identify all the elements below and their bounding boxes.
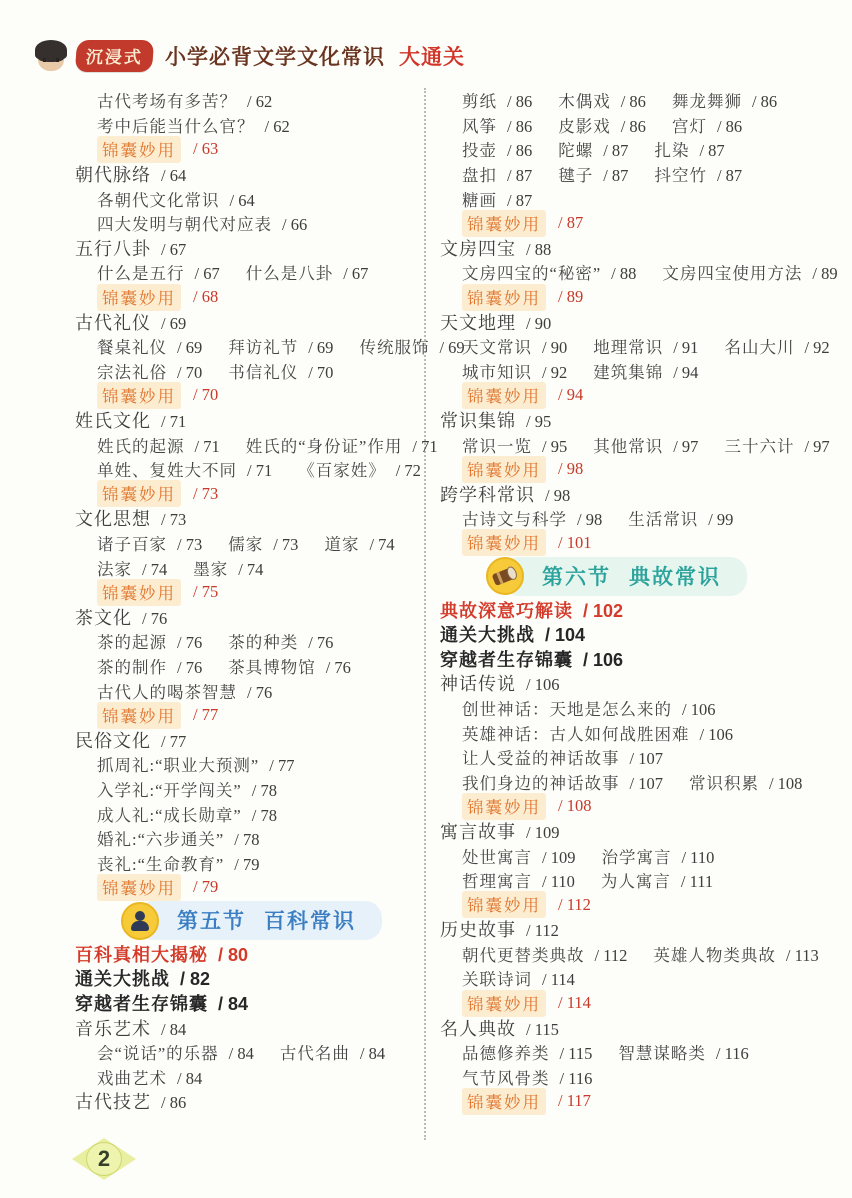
toc-entry-pair: 单姓、复姓大不同/ 71 (97, 457, 272, 481)
toc-entry: 姓氏文化/ 71 (75, 408, 420, 433)
entry-page-number: / 70 (177, 363, 202, 383)
toc-entry-pair: 各朝代文化常识/ 64 (97, 187, 255, 211)
entry-title: 婚礼:“六步通关” (97, 826, 224, 850)
entry-page-number: / 84 (177, 1069, 202, 1089)
toc-tip-entry: 锦囊妙用/ 98 (440, 457, 820, 482)
toc-right-column: 剪纸/ 86木偶戏/ 86舞龙舞狮/ 86风筝/ 86皮影戏/ 86宫灯/ 86… (440, 88, 820, 1114)
toc-entry-pair: 糖画/ 87 (462, 187, 532, 211)
toc-entry-pair: 三十六计/ 97 (724, 433, 829, 457)
toc-entry-pair: 英雄神话：古人如何战胜困难/ 106 (462, 721, 733, 745)
entry-page-number: / 62 (265, 117, 290, 137)
tip-label: 锦囊妙用 (97, 480, 181, 507)
toc-entry-pair: 戏曲艺术/ 84 (97, 1065, 202, 1089)
entry-page-number: / 107 (630, 749, 663, 769)
entry-page-number: / 76 (177, 658, 202, 678)
toc-entry: 茶文化/ 76 (75, 604, 420, 629)
toc-entry-pair: 抖空竹/ 87 (654, 162, 742, 186)
entry-title: 常识一览 (462, 433, 532, 457)
toc-entry-pair: 哲理寓言/ 110 (462, 868, 575, 892)
entry-title: 成人礼:“成长勋章” (97, 802, 242, 826)
entry-page-number: / 73 (177, 535, 202, 555)
entry-page-number: / 86 (621, 92, 646, 112)
toc-entry-pair: 皮影戏/ 86 (558, 113, 646, 137)
entry-title: 戏曲艺术 (97, 1065, 167, 1089)
entry-page-number: / 115 (526, 1020, 559, 1040)
entry-page-number: / 86 (161, 1093, 186, 1113)
entry-title: 让人受益的神话故事 (462, 745, 620, 769)
toc-entry-pair: 穿越者生存锦囊/ 84 (75, 990, 248, 1016)
tip-label: 锦囊妙用 (97, 874, 181, 901)
tip-page-number: / 117 (558, 1091, 591, 1111)
toc-tip-entry: 锦囊妙用/ 114 (440, 991, 820, 1016)
entry-title: 通关大挑战 (75, 965, 170, 991)
toc-tip-entry: 锦囊妙用/ 79 (75, 875, 420, 900)
page-number-badge: 2 (72, 1138, 136, 1180)
entry-page-number: / 87 (603, 141, 628, 161)
toc-entry: 文房四宝/ 88 (440, 236, 820, 261)
entry-page-number: / 70 (308, 363, 333, 383)
entry-title: 餐桌礼仪 (97, 334, 167, 358)
entry-title: 古代名曲 (280, 1040, 350, 1064)
entry-page-number: / 98 (577, 510, 602, 530)
toc-entry: 抓周礼:“职业大预测”/ 77 (75, 752, 420, 777)
entry-page-number: / 86 (752, 92, 777, 112)
toc-entry: 民俗文化/ 77 (75, 727, 420, 752)
entry-title: 英雄神话：古人如何战胜困难 (462, 721, 690, 745)
tip-label: 锦囊妙用 (462, 284, 546, 311)
entry-title: 四大发明与朝代对应表 (97, 211, 272, 235)
entry-page-number: / 112 (526, 921, 559, 941)
entry-page-number: / 86 (621, 117, 646, 137)
toc-entry-pair: 抓周礼:“职业大预测”/ 77 (97, 752, 294, 776)
toc-entry-pair: 历史故事/ 112 (440, 916, 559, 942)
entry-title: 朝代更替类典故 (462, 942, 585, 966)
entry-page-number: / 106 (682, 700, 715, 720)
toc-entry-pair: 建筑集锦/ 94 (593, 359, 698, 383)
entry-title: 丧礼:“生命教育” (97, 851, 224, 875)
entry-title: 考中后能当什么官？ (97, 113, 255, 137)
toc-entry: 古代礼仪/ 69 (75, 309, 420, 334)
tip-label: 锦囊妙用 (97, 382, 181, 409)
entry-title: 《百家姓》 (298, 457, 386, 481)
entry-page-number: / 71 (412, 437, 437, 457)
toc-entry: 什么是五行/ 67什么是八卦/ 67 (75, 260, 420, 285)
toc-entry: 音乐艺术/ 84 (75, 1015, 420, 1040)
entry-page-number: / 86 (717, 117, 742, 137)
toc-entry: 城市知识/ 92建筑集锦/ 94 (440, 359, 820, 384)
toc-entry-pair: 音乐艺术/ 84 (75, 1015, 186, 1041)
entry-page-number: / 73 (273, 535, 298, 555)
toc-entry: 丧礼:“生命教育”/ 79 (75, 850, 420, 875)
entry-title: 文房四宝 (440, 235, 516, 261)
toc-tip-entry: 锦囊妙用/ 112 (440, 892, 820, 917)
entry-page-number: / 84 (218, 994, 248, 1015)
toc-entry: 天文地理/ 90 (440, 309, 820, 334)
entry-title: 百科真相大揭秘 (75, 941, 208, 967)
entry-page-number: / 88 (526, 240, 551, 260)
entry-title: 单姓、复姓大不同 (97, 457, 237, 481)
toc-entry-pair: 姓氏的“身份证”作用/ 71 (246, 433, 438, 457)
toc-entry-pair: 茶的起源/ 76 (97, 629, 202, 653)
entry-page-number: / 87 (699, 141, 724, 161)
entry-title: 生活常识 (628, 506, 698, 530)
tip-label: 锦囊妙用 (97, 579, 181, 606)
toc-entry-pair: 古代考场有多苦？/ 62 (97, 88, 272, 112)
tip-label: 锦囊妙用 (462, 456, 546, 483)
toc-entry-pair: 治学寓言/ 110 (601, 844, 714, 868)
toc-entry: 常识集锦/ 95 (440, 408, 820, 433)
tip-page-number: / 108 (558, 796, 591, 816)
toc-entry: 我们身边的神话故事/ 107常识积累/ 108 (440, 769, 820, 794)
toc-entry-pair: 儒家/ 73 (228, 531, 298, 555)
entry-page-number: / 77 (161, 732, 186, 752)
entry-title: 抖空竹 (654, 162, 707, 186)
toc-tip-entry: 锦囊妙用/ 70 (75, 383, 420, 408)
toc-left-column: 古代考场有多苦？/ 62考中后能当什么官？/ 62锦囊妙用/ 63朝代脉络/ 6… (75, 88, 420, 1114)
entry-title: 品德修养类 (462, 1040, 550, 1064)
tip-page-number: / 112 (558, 895, 591, 915)
toc-tip-entry: 锦囊妙用/ 77 (75, 703, 420, 728)
entry-page-number: / 91 (673, 338, 698, 358)
toc-entry: 戏曲艺术/ 84 (75, 1065, 420, 1090)
toc-entry: 五行八卦/ 67 (75, 236, 420, 261)
entry-page-number: / 78 (252, 781, 277, 801)
toc-entry: 创世神话：天地是怎么来的/ 106 (440, 696, 820, 721)
toc-entry-pair: 英雄人物类典故/ 113 (653, 942, 818, 966)
tip-page-number: / 114 (558, 993, 591, 1013)
toc-entry: 百科真相大揭秘/ 80 (75, 942, 420, 967)
toc-entry-pair: 风筝/ 86 (462, 113, 532, 137)
toc-entry: 文房四宝的“秘密”/ 88文房四宝使用方法/ 89 (440, 260, 820, 285)
entry-page-number: / 76 (308, 633, 333, 653)
entry-title: 法家 (97, 556, 132, 580)
toc-entry-pair: 常识一览/ 95 (462, 433, 567, 457)
entry-title: 古代人的喝茶智慧 (97, 679, 237, 703)
toc-entry-pair: 民俗文化/ 77 (75, 727, 186, 753)
entry-page-number: / 115 (560, 1044, 593, 1064)
toc-entry: 寓言故事/ 109 (440, 819, 820, 844)
toc-entry-pair: 古代礼仪/ 69 (75, 309, 186, 335)
entry-title: 宫灯 (672, 113, 707, 137)
toc-tip-entry: 锦囊妙用/ 75 (75, 580, 420, 605)
toc-entry-pair: 百科真相大揭秘/ 80 (75, 941, 248, 967)
toc-entry: 朝代更替类典故/ 112英雄人物类典故/ 113 (440, 942, 820, 967)
entry-title: 天文地理 (440, 309, 516, 335)
entry-title: 什么是八卦 (246, 260, 334, 284)
entry-page-number: / 64 (230, 191, 255, 211)
tip-label: 锦囊妙用 (97, 702, 181, 729)
toc-entry-pair: 书信礼仪/ 70 (228, 359, 333, 383)
entry-title: 城市知识 (462, 359, 532, 383)
toc-entry: 古代技艺/ 86 (75, 1089, 420, 1114)
toc-entry-pair: 文房四宝的“秘密”/ 88 (462, 260, 636, 284)
tip-label: 锦囊妙用 (462, 529, 546, 556)
entry-page-number: / 108 (769, 774, 802, 794)
brand-badge: 沉浸式 (75, 40, 154, 72)
entry-title: 朝代脉络 (75, 161, 151, 187)
entry-page-number: / 95 (526, 412, 551, 432)
entry-title: 关联诗词 (462, 966, 532, 990)
toc-entry: 英雄神话：古人如何战胜困难/ 106 (440, 720, 820, 745)
entry-page-number: / 84 (161, 1020, 186, 1040)
entry-page-number: / 109 (542, 848, 575, 868)
toc-entry: 宗法礼俗/ 70书信礼仪/ 70 (75, 359, 420, 384)
toc-entry: 神话传说/ 106 (440, 671, 820, 696)
entry-title: 古代礼仪 (75, 309, 151, 335)
toc-entry-pair: 法家/ 74 (97, 556, 167, 580)
entry-page-number: / 111 (681, 872, 713, 892)
entry-title: 智慧谋略类 (618, 1040, 706, 1064)
toc-entry-pair: 茶的制作/ 76 (97, 654, 202, 678)
entry-title: 典故深意巧解读 (440, 597, 573, 623)
toc-entry-pair: 古代人的喝茶智慧/ 76 (97, 679, 272, 703)
toc-entry: 通关大挑战/ 104 (440, 622, 820, 647)
entry-title: 跨学科常识 (440, 481, 535, 507)
entry-page-number: / 99 (708, 510, 733, 530)
entry-title: 什么是五行 (97, 260, 185, 284)
toc-entry-pair: 生活常识/ 99 (628, 506, 733, 530)
entry-title: 会“说话”的乐器 (97, 1040, 219, 1064)
toc-entry-pair: 我们身边的神话故事/ 107 (462, 770, 663, 794)
toc-entry: 姓氏的起源/ 71姓氏的“身份证”作用/ 71 (75, 432, 420, 457)
entry-title: 文化思想 (75, 505, 151, 531)
toc-entry-pair: 通关大挑战/ 82 (75, 965, 210, 991)
entry-title: 三十六计 (724, 433, 794, 457)
entry-title: 地理常识 (593, 334, 663, 358)
toc-entry-pair: 穿越者生存锦囊/ 106 (440, 646, 623, 672)
toc-entry: 品德修养类/ 115智慧谋略类/ 116 (440, 1040, 820, 1065)
toc-entry: 处世寓言/ 109治学寓言/ 110 (440, 843, 820, 868)
toc-entry: 成人礼:“成长勋章”/ 78 (75, 801, 420, 826)
toc-entry: 文化思想/ 73 (75, 506, 420, 531)
toc-entry-pair: 诸子百家/ 73 (97, 531, 202, 555)
entry-page-number: / 92 (542, 363, 567, 383)
toc-entry-pair: 天文常识/ 90 (462, 334, 567, 358)
entry-page-number: / 64 (161, 166, 186, 186)
entry-title: 创世神话：天地是怎么来的 (462, 696, 672, 720)
toc-entry-pair: 寓言故事/ 109 (440, 818, 559, 844)
entry-title: 茶的起源 (97, 629, 167, 653)
entry-page-number: / 97 (673, 437, 698, 457)
entry-page-number: / 112 (595, 946, 628, 966)
toc-entry: 入学礼:“开学闯关”/ 78 (75, 777, 420, 802)
tip-page-number: / 73 (193, 484, 218, 504)
entry-title: 通关大挑战 (440, 621, 535, 647)
toc-entry: 名人典故/ 115 (440, 1015, 820, 1040)
entry-page-number: / 88 (611, 264, 636, 284)
tip-page-number: / 68 (193, 287, 218, 307)
section-header: 第五节百科常识 (75, 902, 420, 940)
entry-title: 盘扣 (462, 162, 497, 186)
toc-entry-pair: 通关大挑战/ 104 (440, 621, 585, 647)
toc-entry-pair: 跨学科常识/ 98 (440, 481, 570, 507)
toc-entry-pair: 处世寓言/ 109 (462, 844, 575, 868)
toc-entry: 历史故事/ 112 (440, 917, 820, 942)
toc-entry: 单姓、复姓大不同/ 71《百家姓》/ 72 (75, 457, 420, 482)
toc-entry-pair: 品德修养类/ 115 (462, 1040, 592, 1064)
entry-page-number: / 67 (195, 264, 220, 284)
entry-page-number: / 69 (308, 338, 333, 358)
entry-title: 姓氏文化 (75, 407, 151, 433)
entry-title: 古代考场有多苦？ (97, 88, 237, 112)
toc-entry: 穿越者生存锦囊/ 84 (75, 991, 420, 1016)
entry-title: 哲理寓言 (462, 868, 532, 892)
entry-title: 宗法礼俗 (97, 359, 167, 383)
entry-title: 茶的种类 (228, 629, 298, 653)
entry-page-number: / 84 (360, 1044, 385, 1064)
toc-entry-pair: 丧礼:“生命教育”/ 79 (97, 851, 259, 875)
toc-entry-pair: 典故深意巧解读/ 102 (440, 597, 623, 623)
mascot-icon (34, 39, 68, 73)
entry-title: 剪纸 (462, 88, 497, 112)
entry-page-number: / 116 (560, 1069, 593, 1089)
entry-title: 扎染 (654, 137, 689, 161)
entry-page-number: / 107 (630, 774, 663, 794)
entry-title: 民俗文化 (75, 727, 151, 753)
entry-page-number: / 77 (269, 756, 294, 776)
tip-page-number: / 70 (193, 385, 218, 405)
entry-title: 书信礼仪 (228, 359, 298, 383)
entry-title: 传统服饰 (359, 334, 429, 358)
toc-entry: 考中后能当什么官？/ 62 (75, 113, 420, 138)
entry-page-number: / 113 (786, 946, 819, 966)
entry-title: 姓氏的“身份证”作用 (246, 433, 403, 457)
entry-title: 风筝 (462, 113, 497, 137)
entry-page-number: / 92 (804, 338, 829, 358)
entry-title: 气节风骨类 (462, 1065, 550, 1089)
entry-title: 神话传说 (440, 670, 516, 696)
toc-entry: 古代考场有多苦？/ 62 (75, 88, 420, 113)
entry-page-number: / 69 (161, 314, 186, 334)
toc-entry-pair: 剪纸/ 86 (462, 88, 532, 112)
toc-entry-pair: 古诗文与科学/ 98 (462, 506, 602, 530)
toc-entry-pair: 名人典故/ 115 (440, 1015, 559, 1041)
book-title: 小学必背文学文化常识 (165, 41, 385, 71)
tip-page-number: / 89 (558, 287, 583, 307)
entry-title: 糖画 (462, 187, 497, 211)
toc-entry: 茶的起源/ 76茶的种类/ 76 (75, 629, 420, 654)
entry-page-number: / 109 (526, 823, 559, 843)
entry-page-number: / 80 (218, 945, 248, 966)
entry-page-number: / 76 (326, 658, 351, 678)
entry-title: 拜访礼节 (228, 334, 298, 358)
toc-entry: 茶的制作/ 76茶具博物馆/ 76 (75, 654, 420, 679)
entry-page-number: / 89 (812, 264, 837, 284)
toc-entry: 各朝代文化常识/ 64 (75, 186, 420, 211)
toc-entry-pair: 《百家姓》/ 72 (298, 457, 421, 481)
entry-page-number: / 110 (681, 848, 714, 868)
entry-title: 毽子 (558, 162, 593, 186)
toc-entry-pair: 五行八卦/ 67 (75, 235, 186, 261)
toc-entry: 古诗文与科学/ 98生活常识/ 99 (440, 506, 820, 531)
toc-entry-pair: 古代技艺/ 86 (75, 1088, 186, 1114)
toc-entry-pair: 关联诗词/ 114 (462, 966, 575, 990)
entry-page-number: / 116 (716, 1044, 749, 1064)
entry-title: 寓言故事 (440, 818, 516, 844)
toc-entry: 常识一览/ 95其他常识/ 97三十六计/ 97 (440, 432, 820, 457)
toc-entry-pair: 什么是八卦/ 67 (246, 260, 369, 284)
entry-title: 英雄人物类典故 (653, 942, 776, 966)
toc-entry-pair: 会“说话”的乐器/ 84 (97, 1040, 254, 1064)
section-header: 第六节典故常识 (440, 557, 820, 595)
toc-entry-pair: 气节风骨类/ 116 (462, 1065, 592, 1089)
entry-page-number: / 87 (717, 166, 742, 186)
toc-entry: 剪纸/ 86木偶戏/ 86舞龙舞狮/ 86 (440, 88, 820, 113)
toc-entry: 朝代脉络/ 64 (75, 162, 420, 187)
entry-title: 木偶戏 (558, 88, 611, 112)
toc-entry: 四大发明与朝代对应表/ 66 (75, 211, 420, 236)
entry-title: 皮影戏 (558, 113, 611, 137)
toc-entry-pair: 茶文化/ 76 (75, 604, 167, 630)
entry-page-number: / 71 (161, 412, 186, 432)
entry-title: 天文常识 (462, 334, 532, 358)
entry-title: 常识积累 (689, 770, 759, 794)
toc-entry-pair: 道家/ 74 (324, 531, 394, 555)
toc-tip-entry: 锦囊妙用/ 89 (440, 285, 820, 310)
toc-entry-pair: 文房四宝/ 88 (440, 235, 551, 261)
entry-title: 茶具博物馆 (228, 654, 316, 678)
toc-entry-pair: 神话传说/ 106 (440, 670, 559, 696)
tip-label: 锦囊妙用 (462, 210, 546, 237)
toc-tip-entry: 锦囊妙用/ 63 (75, 137, 420, 162)
book-header: 沉浸式 小学必背文学文化常识 大通关 (34, 36, 818, 76)
entry-page-number: / 86 (507, 92, 532, 112)
toc-entry-pair: 古代名曲/ 84 (280, 1040, 385, 1064)
entry-page-number: / 71 (247, 461, 272, 481)
toc-entry-pair: 朝代脉络/ 64 (75, 161, 186, 187)
entry-page-number: / 76 (247, 683, 272, 703)
toc-entry: 跨学科常识/ 98 (440, 482, 820, 507)
tip-page-number: / 75 (193, 582, 218, 602)
entry-page-number: / 97 (804, 437, 829, 457)
toc-entry-pair: 入学礼:“开学闯关”/ 78 (97, 777, 277, 801)
entry-page-number: / 87 (507, 191, 532, 211)
toc-entry-pair: 朝代更替类典故/ 112 (462, 942, 627, 966)
entry-page-number: / 79 (234, 855, 259, 875)
toc-entry: 盘扣/ 87毽子/ 87抖空竹/ 87 (440, 162, 820, 187)
toc-entry: 糖画/ 87 (440, 186, 820, 211)
entry-page-number: / 114 (542, 970, 575, 990)
toc-entry-pair: 投壶/ 86 (462, 137, 532, 161)
toc-entry-pair: 宗法礼俗/ 70 (97, 359, 202, 383)
entry-page-number: / 62 (247, 92, 272, 112)
toc-entry-pair: 让人受益的神话故事/ 107 (462, 745, 663, 769)
toc-tip-entry: 锦囊妙用/ 68 (75, 285, 420, 310)
section-pill: 第五节百科常识 (137, 901, 382, 940)
toc-entry-pair: 拜访礼节/ 69 (228, 334, 333, 358)
entry-title: 茶文化 (75, 604, 132, 630)
toc-entry-pair: 姓氏文化/ 71 (75, 407, 186, 433)
entry-title: 墨家 (193, 556, 228, 580)
toc-entry-pair: 常识集锦/ 95 (440, 407, 551, 433)
toc-entry: 穿越者生存锦囊/ 106 (440, 646, 820, 671)
toc-entry-pair: 四大发明与朝代对应表/ 66 (97, 211, 307, 235)
entry-title: 名山大川 (724, 334, 794, 358)
tip-page-number: / 63 (193, 139, 218, 159)
entry-title: 我们身边的神话故事 (462, 770, 620, 794)
toc-entry-pair: 创世神话：天地是怎么来的/ 106 (462, 696, 715, 720)
entry-page-number: / 76 (177, 633, 202, 653)
toc-tip-entry: 锦囊妙用/ 73 (75, 482, 420, 507)
entry-title: 茶的制作 (97, 654, 167, 678)
section-title: 第五节百科常识 (177, 905, 356, 935)
entry-page-number: / 78 (252, 806, 277, 826)
entry-page-number: / 102 (583, 601, 623, 622)
entry-page-number: / 66 (282, 215, 307, 235)
tip-label: 锦囊妙用 (462, 382, 546, 409)
entry-title: 文房四宝使用方法 (662, 260, 802, 284)
entry-title: 抓周礼:“职业大预测” (97, 752, 259, 776)
